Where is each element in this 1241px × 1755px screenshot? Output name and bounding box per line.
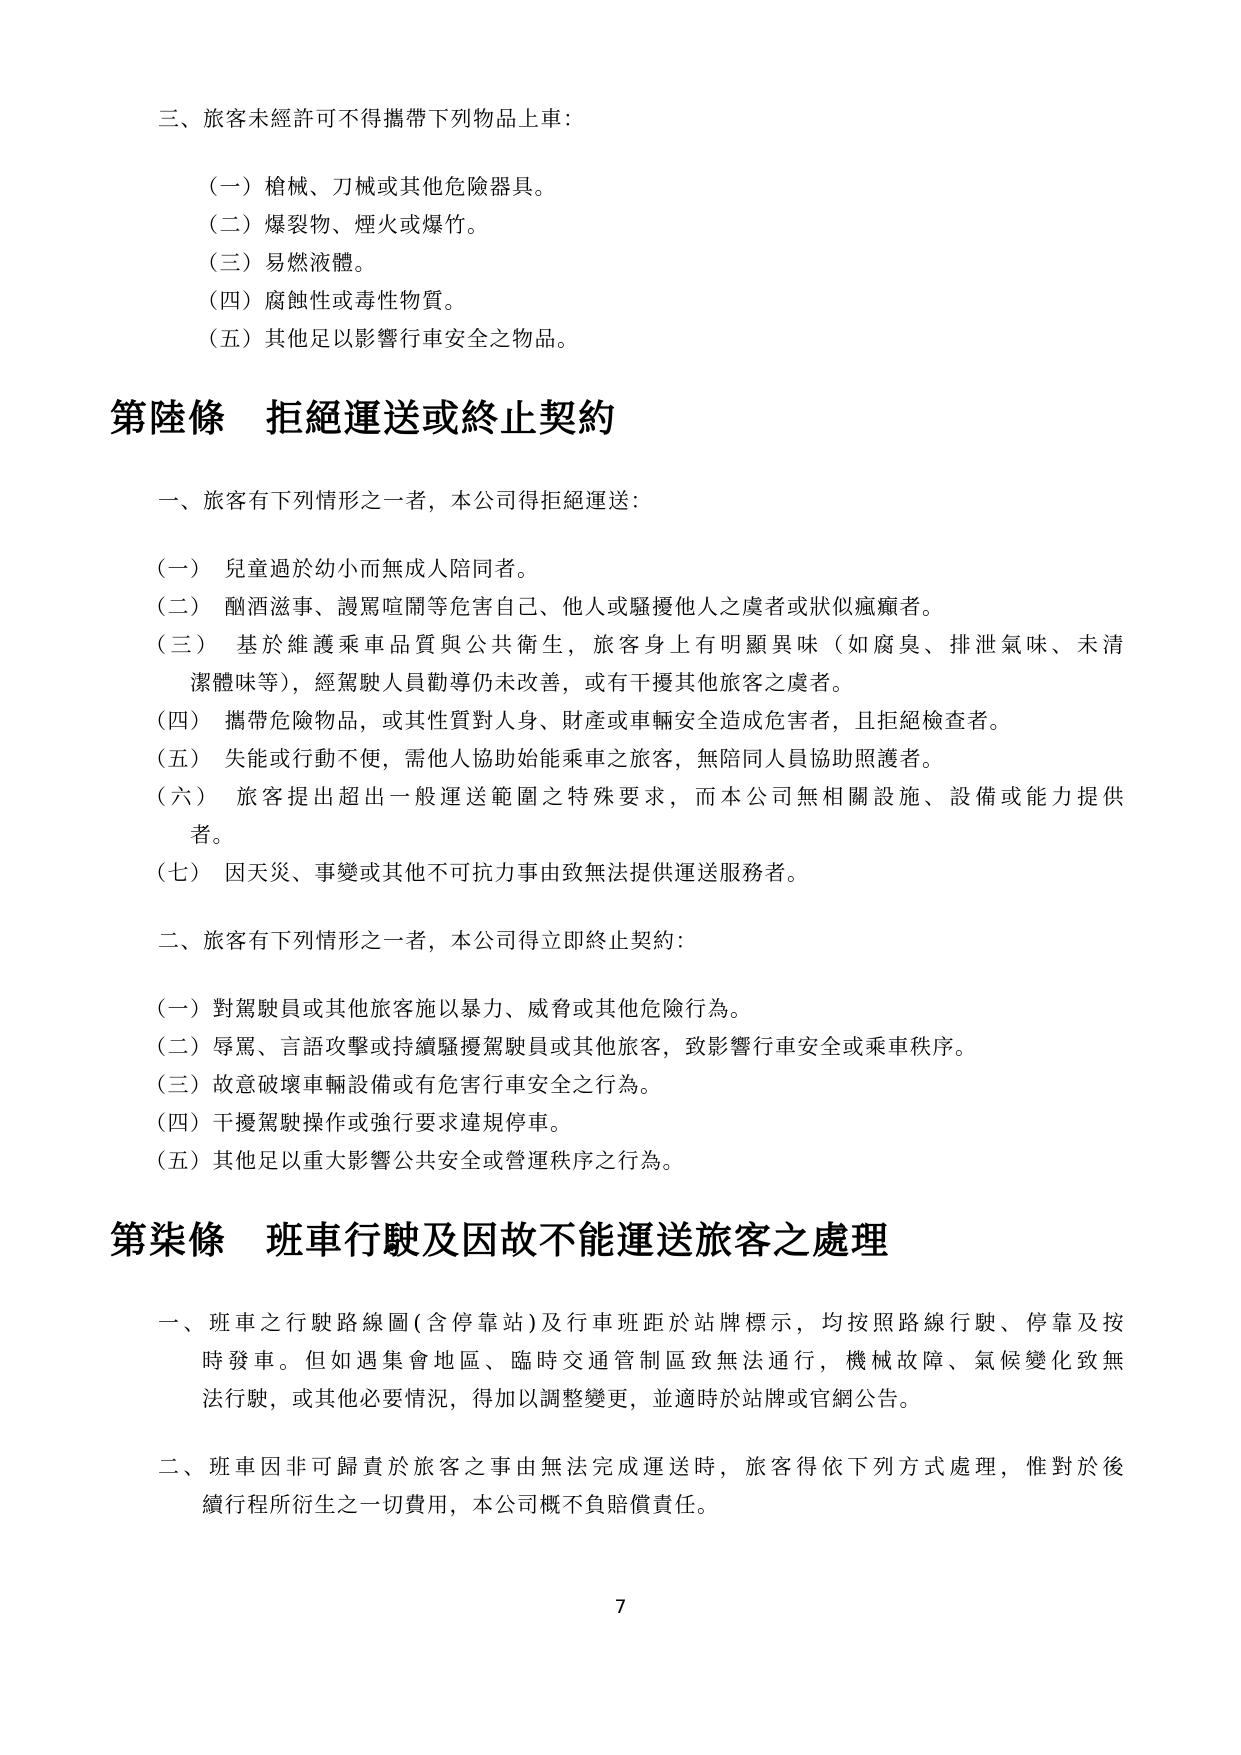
text-line: （一） 兒童過於幼小而無成人陪同者。: [0, 550, 1241, 588]
text-line: （六） 旅客提出超出一般運送範圍之特殊要求，而本公司無相關設施、設備或能力提供: [0, 778, 1125, 816]
list-item: （三） 基於維護乘車品質與公共衛生，旅客身上有明顯異味（如腐臭、排泄氣味、未清潔…: [0, 626, 1241, 702]
paragraph: 一、旅客有下列情形之一者，本公司得拒絕運送：: [0, 482, 1241, 520]
text-line: （五）其他足以重大影響公共安全或營運秩序之行為。: [0, 1142, 1241, 1180]
list-item: （三）故意破壞車輛設備或有危害行車安全之行為。: [0, 1066, 1241, 1104]
page-number: 7: [0, 1596, 1241, 1618]
text-line: 第陸條 拒絕運送或終止契約: [0, 390, 1241, 446]
paragraph: 二、旅客有下列情形之一者，本公司得立即終止契約：: [0, 922, 1241, 960]
list-item: （一） 兒童過於幼小而無成人陪同者。: [0, 550, 1241, 588]
text-line: （七） 因天災、事變或其他不可抗力事由致無法提供運送服務者。: [0, 854, 1241, 892]
section-heading: 第陸條 拒絕運送或終止契約: [0, 390, 1241, 446]
list-item: （一）對駕駛員或其他旅客施以暴力、威脅或其他危險行為。: [0, 990, 1241, 1028]
list-item: （五）其他足以影響行車安全之物品。: [0, 320, 1241, 358]
list-item: （四）干擾駕駛操作或強行要求違規停車。: [0, 1104, 1241, 1142]
text-line: 二、旅客有下列情形之一者，本公司得立即終止契約：: [0, 922, 1241, 960]
text-line: （三）易燃液體。: [0, 244, 1241, 282]
list-item: （二） 酗酒滋事、謾罵喧鬧等危害自己、他人或騷擾他人之虞者或狀似瘋癲者。: [0, 588, 1241, 626]
text-line: 一、旅客有下列情形之一者，本公司得拒絕運送：: [0, 482, 1241, 520]
text-line: 一、班車之行駛路線圖(含停靠站)及行車班距於站牌標示，均按照路線行駛、停靠及按: [0, 1304, 1125, 1342]
text-line: （三）故意破壞車輛設備或有危害行車安全之行為。: [0, 1066, 1241, 1104]
list-item: （七） 因天災、事變或其他不可抗力事由致無法提供運送服務者。: [0, 854, 1241, 892]
text-line: （二）爆裂物、煙火或爆竹。: [0, 206, 1241, 244]
document-content: 三、旅客未經許可不得攜帶下列物品上車：（一）槍械、刀械或其他危險器具。（二）爆裂…: [0, 0, 1241, 1524]
list-item: （六） 旅客提出超出一般運送範圍之特殊要求，而本公司無相關設施、設備或能力提供者…: [0, 778, 1241, 854]
text-line: 法行駛，或其他必要情況，得加以調整變更，並適時於站牌或官網公告。: [0, 1380, 1241, 1418]
text-line: 續行程所衍生之一切費用，本公司概不負賠償責任。: [0, 1486, 1241, 1524]
document-page: 三、旅客未經許可不得攜帶下列物品上車：（一）槍械、刀械或其他危險器具。（二）爆裂…: [0, 0, 1241, 1755]
text-line: 三、旅客未經許可不得攜帶下列物品上車：: [0, 100, 1241, 138]
list-item: （四） 攜帶危險物品，或其性質對人身、財產或車輛安全造成危害者，且拒絕檢查者。: [0, 702, 1241, 740]
text-line: （四）腐蝕性或毒性物質。: [0, 282, 1241, 320]
list-item: （一）槍械、刀械或其他危險器具。: [0, 168, 1241, 206]
paragraph: 三、旅客未經許可不得攜帶下列物品上車：: [0, 100, 1241, 138]
text-line: （三） 基於維護乘車品質與公共衛生，旅客身上有明顯異味（如腐臭、排泄氣味、未清: [0, 626, 1125, 664]
section-heading: 第柒條 班車行駛及因故不能運送旅客之處理: [0, 1212, 1241, 1268]
list-item: （二）辱罵、言語攻擊或持續騷擾駕駛員或其他旅客，致影響行車安全或乘車秩序。: [0, 1028, 1241, 1066]
list-item: （四）腐蝕性或毒性物質。: [0, 282, 1241, 320]
text-line: （二）辱罵、言語攻擊或持續騷擾駕駛員或其他旅客，致影響行車安全或乘車秩序。: [0, 1028, 1241, 1066]
text-line: 二、班車因非可歸責於旅客之事由無法完成運送時，旅客得依下列方式處理，惟對於後: [0, 1448, 1125, 1486]
text-line: （五） 失能或行動不便，需他人協助始能乘車之旅客，無陪同人員協助照護者。: [0, 740, 1241, 778]
text-line: （四） 攜帶危險物品，或其性質對人身、財產或車輛安全造成危害者，且拒絕檢查者。: [0, 702, 1241, 740]
text-line: 者。: [0, 816, 1241, 854]
text-line: 時發車。但如遇集會地區、臨時交通管制區致無法通行，機械故障、氣候變化致無: [0, 1342, 1125, 1380]
list-item: （三）易燃液體。: [0, 244, 1241, 282]
text-line: 潔體味等），經駕駛人員勸導仍未改善，或有干擾其他旅客之虞者。: [0, 664, 1241, 702]
text-line: （二） 酗酒滋事、謾罵喧鬧等危害自己、他人或騷擾他人之虞者或狀似瘋癲者。: [0, 588, 1241, 626]
text-line: （五）其他足以影響行車安全之物品。: [0, 320, 1241, 358]
text-line: 第柒條 班車行駛及因故不能運送旅客之處理: [0, 1212, 1241, 1268]
text-line: （一）對駕駛員或其他旅客施以暴力、威脅或其他危險行為。: [0, 990, 1241, 1028]
text-line: （四）干擾駕駛操作或強行要求違規停車。: [0, 1104, 1241, 1142]
list-item: （五） 失能或行動不便，需他人協助始能乘車之旅客，無陪同人員協助照護者。: [0, 740, 1241, 778]
paragraph: 一、班車之行駛路線圖(含停靠站)及行車班距於站牌標示，均按照路線行駛、停靠及按時…: [0, 1304, 1241, 1418]
paragraph: 二、班車因非可歸責於旅客之事由無法完成運送時，旅客得依下列方式處理，惟對於後續行…: [0, 1448, 1241, 1524]
text-line: （一）槍械、刀械或其他危險器具。: [0, 168, 1241, 206]
list-item: （二）爆裂物、煙火或爆竹。: [0, 206, 1241, 244]
list-item: （五）其他足以重大影響公共安全或營運秩序之行為。: [0, 1142, 1241, 1180]
